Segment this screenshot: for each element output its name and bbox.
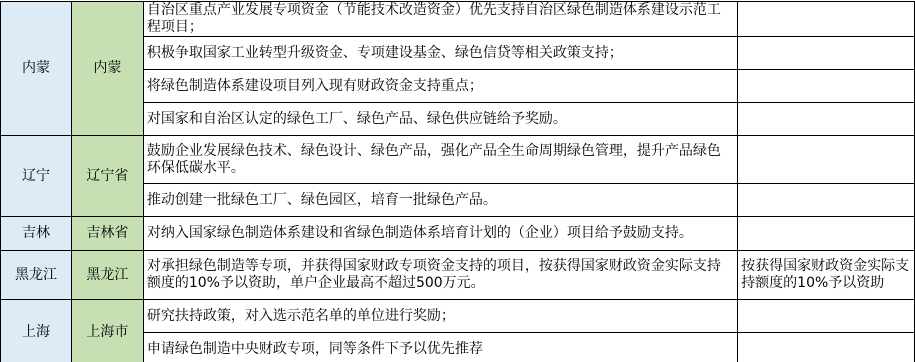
province-label: 上海市 [86, 324, 128, 340]
policy-text: 推动创建一批绿色工厂、绿色园区，培育一批绿色产品。 [147, 192, 734, 209]
region-label: 上海 [22, 324, 50, 340]
policy-text: 鼓励企业发展绿色技术、绿色设计、绿色产品，强化产品全生命周期绿色管理，提升产品绿… [147, 143, 734, 177]
region-label: 内蒙 [22, 60, 50, 76]
policy-cell[interactable]: 自治区重点产业发展专项资金（节能技术改造资金）优先支持自治区绿色制造体系建设示范… [143, 2, 737, 37]
policy-text: 对国家和自治区认定的绿色工厂、绿色产品、绿色供应链给予奖励。 [147, 111, 734, 128]
note-cell[interactable] [738, 103, 915, 136]
region-cell[interactable]: 辽宁 [1, 136, 72, 217]
policy-cell[interactable]: 推动创建一批绿色工厂、绿色园区，培育一批绿色产品。 [143, 184, 737, 217]
note-cell[interactable] [738, 136, 915, 184]
policy-text: 积极争取国家工业转型升级资金、专项建设基金、绿色信贷等相关政策支持； [147, 45, 734, 62]
province-cell[interactable]: 黑龙江 [71, 251, 143, 300]
region-label: 黑龙江 [15, 267, 57, 283]
note-cell[interactable]: 按获得国家财政资金实际支持额度的10%予以资助 [738, 251, 915, 300]
policy-cell[interactable]: 对纳入国家绿色制造体系建设和省绿色制造体系培育计划的（企业）项目给予鼓励支持。 [143, 217, 737, 251]
note-cell[interactable] [738, 37, 915, 70]
policy-text: 申请绿色制造中央财政专项，同等条件下予以优先推荐 [147, 341, 734, 358]
region-cell[interactable]: 内蒙 [1, 2, 72, 136]
policy-cell[interactable]: 申请绿色制造中央财政专项，同等条件下予以优先推荐 [143, 333, 737, 362]
note-cell[interactable] [738, 2, 915, 37]
policy-cell[interactable]: 研究扶持政策，对入选示范名单的单位进行奖励； [143, 300, 737, 333]
policy-text: 研究扶持政策，对入选示范名单的单位进行奖励； [147, 308, 734, 325]
province-cell[interactable]: 内蒙 [71, 2, 143, 136]
policy-text: 对纳入国家绿色制造体系建设和省绿色制造体系培育计划的（企业）项目给予鼓励支持。 [147, 225, 734, 242]
province-label: 黑龙江 [86, 267, 128, 283]
policy-cell[interactable]: 鼓励企业发展绿色技术、绿色设计、绿色产品，强化产品全生命周期绿色管理，提升产品绿… [143, 136, 737, 184]
province-cell[interactable]: 上海市 [71, 300, 143, 362]
province-label: 辽宁省 [86, 168, 128, 184]
table-row: 内蒙 内蒙 自治区重点产业发展专项资金（节能技术改造资金）优先支持自治区绿色制造… [1, 2, 915, 37]
policy-cell[interactable]: 对国家和自治区认定的绿色工厂、绿色产品、绿色供应链给予奖励。 [143, 103, 737, 136]
policy-text: 将绿色制造体系建设项目列入现有财政资金支持重点； [147, 78, 734, 95]
note-cell[interactable] [738, 217, 915, 251]
policy-spreadsheet: 内蒙 内蒙 自治区重点产业发展专项资金（节能技术改造资金）优先支持自治区绿色制造… [0, 1, 915, 362]
region-cell[interactable]: 上海 [1, 300, 72, 362]
table-row: 上海 上海市 研究扶持政策，对入选示范名单的单位进行奖励； [1, 300, 915, 333]
note-text: 按获得国家财政资金实际支持额度的10%予以资助 [741, 258, 911, 292]
note-cell[interactable] [738, 70, 915, 103]
region-cell[interactable]: 吉林 [1, 217, 72, 251]
policy-cell[interactable]: 将绿色制造体系建设项目列入现有财政资金支持重点； [143, 70, 737, 103]
table-row: 吉林 吉林省 对纳入国家绿色制造体系建设和省绿色制造体系培育计划的（企业）项目给… [1, 217, 915, 251]
note-cell[interactable] [738, 300, 915, 333]
policy-text: 对承担绿色制造等专项，并获得国家财政专项资金支持的项目，按获得国家财政资金实际支… [147, 258, 734, 292]
province-label: 吉林省 [86, 225, 128, 241]
policy-cell[interactable]: 对承担绿色制造等专项，并获得国家财政专项资金支持的项目，按获得国家财政资金实际支… [143, 251, 737, 300]
note-cell[interactable] [738, 333, 915, 362]
policy-cell[interactable]: 积极争取国家工业转型升级资金、专项建设基金、绿色信贷等相关政策支持； [143, 37, 737, 70]
table-row: 辽宁 辽宁省 鼓励企业发展绿色技术、绿色设计、绿色产品，强化产品全生命周期绿色管… [1, 136, 915, 184]
region-cell[interactable]: 黑龙江 [1, 251, 72, 300]
table-row: 黑龙江 黑龙江 对承担绿色制造等专项，并获得国家财政专项资金支持的项目，按获得国… [1, 251, 915, 300]
region-label: 吉林 [22, 225, 50, 241]
province-cell[interactable]: 吉林省 [71, 217, 143, 251]
province-cell[interactable]: 辽宁省 [71, 136, 143, 217]
note-cell[interactable] [738, 184, 915, 217]
region-label: 辽宁 [22, 168, 50, 184]
province-label: 内蒙 [93, 60, 121, 76]
policy-text: 自治区重点产业发展专项资金（节能技术改造资金）优先支持自治区绿色制造体系建设示范… [147, 2, 734, 36]
